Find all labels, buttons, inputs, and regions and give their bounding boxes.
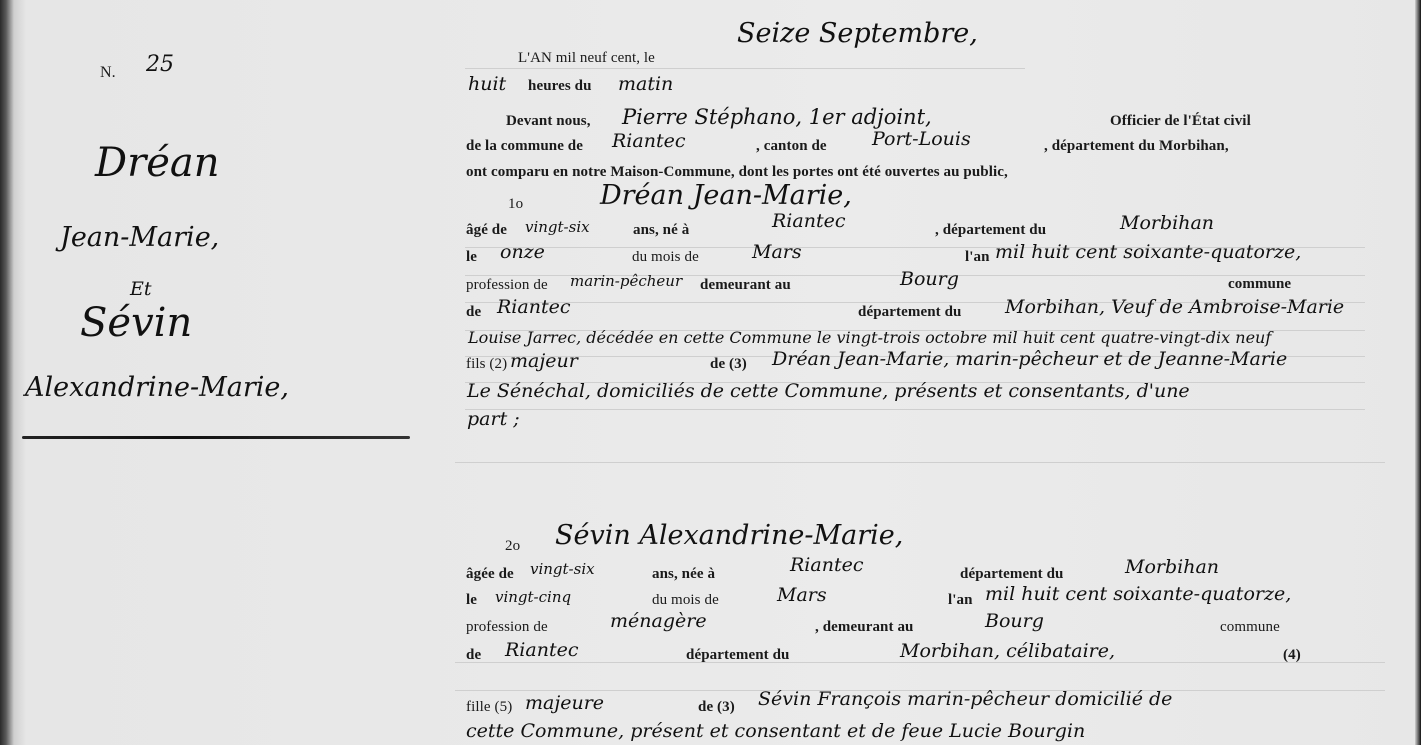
header-appearance: ont comparu en notre Maison-Commune, don… [466,164,1008,181]
bride-age-label: âgée de [466,566,514,583]
groom-month: Mars [752,241,802,263]
page-edge [1415,0,1421,745]
bride-born-label: ans, née à [652,566,715,583]
groom-index: 1o [508,196,523,213]
register-page: N. 25 Dréan Jean-Marie, Et Sévin Alexand… [0,0,1421,745]
groom-parents-line3: part ; [467,408,520,430]
ruled-line [455,662,1385,663]
margin-conjunction: Et [130,278,152,300]
bride-commune: Riantec [505,639,578,661]
bride-birthplace: Riantec [790,554,863,576]
bride-dept-label2: département du [686,647,789,664]
header-hour-label: heures du [528,78,592,95]
groom-year-label: l'an [965,249,990,266]
bride-name: Sévin Alexandrine-Marie, [555,520,903,551]
bride-day: vingt-cinq [495,588,571,606]
groom-day: onze [500,241,545,263]
groom-profession: marin-pêcheur [570,272,682,290]
bride-daughter-label: fille (5) [466,699,512,716]
header-department: , département du Morbihan, [1044,138,1229,155]
groom-parents: Dréan Jean-Marie, marin-pêcheur et de Je… [772,348,1287,370]
groom-name: Dréan Jean-Marie, [600,180,852,211]
bride-father: Sévin François marin-pêcheur domicilié d… [758,688,1172,710]
header-commune: Riantec [612,130,685,152]
groom-profession-label: profession de [466,277,548,294]
bride-residence-label: , demeurant au [815,619,913,636]
groom-parents-line2: Le Sénéchal, domiciliés de cette Commune… [467,380,1190,402]
groom-son-label: fils (2) [466,356,507,373]
groom-dept-status: Morbihan, Veuf de Ambroise-Marie [1005,296,1344,318]
bride-commune-of-label: de [466,647,481,664]
header-line1-print: L'AN mil neuf cent, le [518,50,655,67]
record-number: 25 [146,52,174,77]
margin-bride-surname: Sévin [80,300,192,346]
groom-commune-of-label: de [466,304,481,321]
bride-profession-label: profession de [466,619,548,636]
bride-residence: Bourg [985,610,1044,632]
bride-note4: (4) [1283,647,1301,664]
header-hour: huit [468,73,506,95]
header-date: Seize Septembre, [737,18,978,49]
groom-dept-label: , département du [935,222,1046,239]
bride-dept-label: département du [960,566,1063,583]
bride-of-label: de (3) [698,699,735,716]
bride-year: mil huit cent soixante-quatorze, [985,583,1291,605]
header-before-label: Devant nous, [506,113,591,130]
groom-month-label: du mois de [632,249,699,266]
groom-birthplace: Riantec [772,210,845,232]
groom-son-status: majeur [510,350,578,372]
groom-year: mil huit cent soixante-quatorze, [995,241,1301,263]
margin-rule [22,436,410,439]
groom-widow-line: Louise Jarrec, décédée en cette Commune … [468,328,1271,347]
groom-commune: Riantec [497,296,570,318]
groom-day-label: le [466,249,477,266]
header-period: matin [618,73,673,95]
groom-of-label: de (3) [710,356,747,373]
groom-age: vingt-six [525,218,590,236]
ruled-line [455,462,1385,463]
bride-day-label: le [466,592,477,609]
header-canton: Port-Louis [872,128,971,150]
header-canton-label: , canton de [756,138,827,155]
header-commune-label: de la commune de [466,138,583,155]
groom-dept-label2: département du [858,304,961,321]
bride-daughter-status: majeure [525,692,604,714]
margin-groom-given: Jean-Marie, [60,222,219,253]
margin-groom-surname: Dréan [95,140,219,186]
bride-month-label: du mois de [652,592,719,609]
groom-dept: Morbihan [1120,212,1214,234]
header-officer-title: Officier de l'État civil [1110,113,1251,130]
bride-dept-status: Morbihan, célibataire, [900,640,1115,662]
ruled-line [465,409,1365,410]
bride-year-label: l'an [948,592,973,609]
bride-month: Mars [777,584,827,606]
record-number-label: N. [100,64,116,82]
margin-bride-given: Alexandrine-Marie, [25,372,289,403]
header-officer: Pierre Stéphano, 1er adjoint, [622,105,932,129]
bride-index: 2o [505,538,520,555]
bride-profession: ménagère [610,610,707,632]
groom-residence: Bourg [900,268,959,290]
bride-age: vingt-six [530,560,595,578]
groom-age-label: âgé de [466,222,507,239]
groom-born-label: ans, né à [633,222,689,239]
groom-commune-label: commune [1228,276,1291,293]
bride-father-line2: cette Commune, présent et consentant et … [466,720,1085,742]
bride-dept: Morbihan [1125,556,1219,578]
bride-commune-label: commune [1220,619,1280,636]
groom-residence-label: demeurant au [700,277,791,294]
ruled-line [465,68,1025,69]
